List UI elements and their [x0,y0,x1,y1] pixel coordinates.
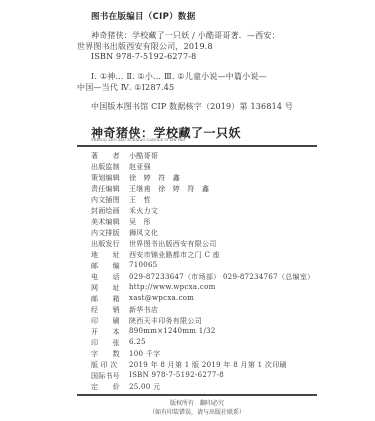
info-row-distributor: 经 销新华书店 [91,305,158,315]
info-label: 内文排版 [91,228,129,238]
info-label: 电 话 [91,272,129,282]
cip-line-1: 神奇猪侠：学校藏了一只妖 / 小酷哥哥著．—西安： [91,30,280,41]
info-row-price: 定 价25.00 元 [91,382,160,392]
info-row-address: 地 址西安市锦业路都市之门 C 座 [91,250,220,260]
info-label: 定 价 [91,382,129,392]
info-value: 890mm×1240mm 1/32 [129,327,216,337]
info-value: 710065 [129,261,158,271]
info-label: 邮 编 [91,261,129,271]
info-value: 禾火力文 [129,206,158,216]
top-rule [77,145,317,147]
printing-error-notice: （如有印装错误，请与出版社联系） [77,407,317,416]
info-label: 策划编辑 [91,173,129,183]
cip-line-6: 中国版本图书馆 CIP 数据核字（2019）第 136814 号 [91,101,293,112]
cip-line-5: 中国—当代 Ⅳ. ①I287.45 [77,82,174,93]
info-value: 王 哲 [129,195,151,205]
info-row-typesetting: 内文排版狮风文化 [91,228,158,238]
info-row-postcode: 邮 编710065 [91,261,158,271]
info-value: http://www.wpcxa.com [129,283,216,293]
info-label: 邮 箱 [91,294,129,304]
info-row-sheets: 印 张6.25 [91,338,146,348]
info-label: 著 者 [91,151,129,161]
info-label: 美术编辑 [91,217,129,227]
info-row-phone: 电 话029-87233647（市场部） 029-87234767（总编室） [91,272,314,282]
info-row-edition: 版 印 次2019 年 8 月第 1 版 2019 年 8 月第 1 次印刷 [91,360,287,370]
info-label: 地 址 [91,250,129,260]
bottom-rule [77,394,317,396]
info-value: 2019 年 8 月第 1 版 2019 年 8 月第 1 次印刷 [129,360,287,370]
cip-heading: 图书在版编目（CIP）数据 [91,10,196,22]
info-value: 西安市锦业路都市之门 C 座 [129,250,220,260]
info-row-publisher: 出版发行世界图书出版西安有限公司 [91,239,217,249]
cip-line-3: ISBN 978-7-5192-6277-8 [91,52,196,61]
info-value: 王继甫 徐 婷 符 鑫 [129,184,209,194]
info-row-email: 邮 箱xast@wpcxa.com [91,294,194,304]
info-label: 国际书号 [91,371,129,381]
info-label: 字 数 [91,349,129,359]
info-value: 25.00 元 [129,382,160,392]
book-pinyin: SHENQI ZHU XIA: XUEXIAO CANGLE YI ZHI YA… [91,138,185,142]
info-value: 029-87233647（市场部） 029-87234767（总编室） [129,272,314,282]
info-label: 内文插图 [91,195,129,205]
cip-line-2: 世界图书出版西安有限公司，2019.8 [77,41,213,52]
cip-line-4: Ⅰ. ①神… Ⅱ. ①小… Ⅲ. ①儿童小说—中篇小说— [91,71,267,82]
info-row-cover-art: 封面绘画禾火力文 [91,206,158,216]
info-value: 狮风文化 [129,228,158,238]
info-row-planning-editor: 策划编辑徐 婷 符 鑫 [91,173,180,183]
info-label: 封面绘画 [91,206,129,216]
info-label: 印 张 [91,338,129,348]
info-value: 100 千字 [129,349,160,359]
info-label: 出版发行 [91,239,129,249]
info-row-format: 开 本890mm×1240mm 1/32 [91,327,216,337]
info-row-author: 著 者小酷哥哥 [91,151,158,161]
info-value: ISBN 978-7-5192-6277-8 [129,371,224,381]
info-row-website: 网 址http://www.wpcxa.com [91,283,216,293]
info-value: 世界图书出版西安有限公司 [129,239,217,249]
info-row-printer: 印 刷陕西天丰印务有限公司 [91,316,202,326]
info-value: 徐 婷 符 鑫 [129,173,180,183]
info-label: 经 销 [91,305,129,315]
info-label: 网 址 [91,283,129,293]
info-row-illustration: 内文插图王 哲 [91,195,151,205]
info-value: xast@wpcxa.com [129,294,194,304]
info-row-supervisor: 出版监制赵亚强 [91,162,151,172]
info-row-responsible-editor: 责任编辑王继甫 徐 婷 符 鑫 [91,184,209,194]
info-value: 陕西天丰印务有限公司 [129,316,202,326]
info-row-word-count: 字 数100 千字 [91,349,160,359]
info-value: 吴 彤 [129,217,151,227]
info-row-isbn: 国际书号ISBN 978-7-5192-6277-8 [91,371,224,381]
rights-notice: 版权所有 翻印必究 [77,398,317,407]
info-value: 赵亚强 [129,162,151,172]
info-label: 开 本 [91,327,129,337]
info-label: 印 刷 [91,316,129,326]
info-value: 小酷哥哥 [129,151,158,161]
info-label: 出版监制 [91,162,129,172]
info-label: 版 印 次 [91,360,129,370]
info-value: 新华书店 [129,305,158,315]
info-row-art-editor: 美术编辑吴 彤 [91,217,151,227]
info-label: 责任编辑 [91,184,129,194]
info-value: 6.25 [129,338,146,348]
